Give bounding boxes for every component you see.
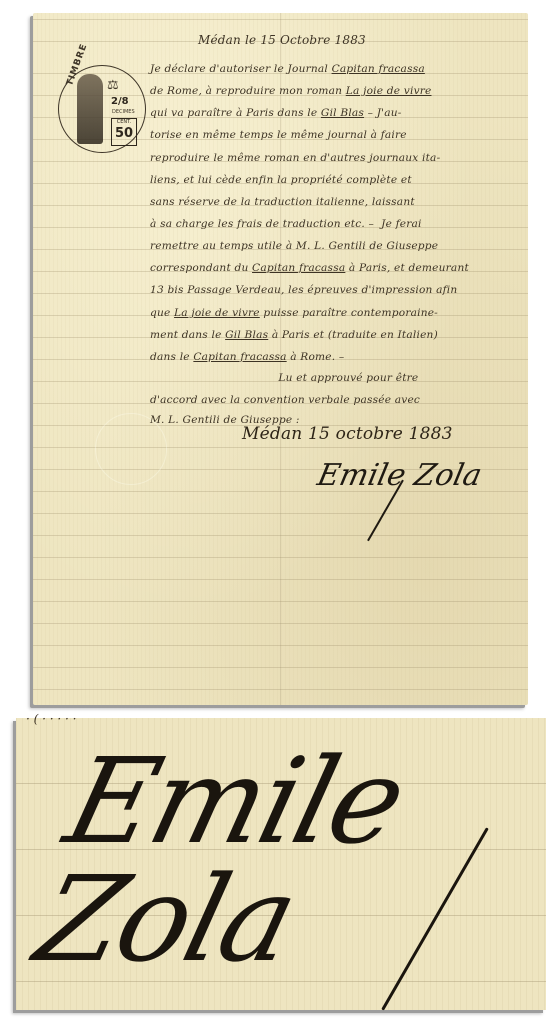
letter-line: liens, et lui cède enfin la propriété co… [150,174,412,186]
letter-line: torise en même temps le même journal à f… [150,129,407,141]
line-text: Lu et approuvé pour être [150,372,418,384]
underlined-title: La joie de vivre [346,85,432,97]
letter-line: sans réserve de la traduction italienne,… [150,196,415,208]
underlined-title: Gil Blas [225,329,268,341]
underlined-title: Gil Blas [321,107,364,119]
letter-line: remettre au temps utile à M. L. Gentili … [150,240,438,252]
stamp-fraction: 2/8 [111,96,129,107]
line-text: – J'au- [364,107,402,119]
stamp-sub: DECIMES [112,109,135,115]
stamp-cent-value: 50 [112,126,136,141]
letter-line: d'accord avec la convention verbale pass… [150,394,420,406]
justice-figure-icon [77,74,103,144]
line-text: à Rome. – [287,351,345,363]
scales-icon: ⚖ [107,78,119,93]
letter-line: qui va paraître à Paris dans le Gil Blas… [150,107,402,119]
letter-line: à sa charge les frais de traduction etc.… [150,218,422,230]
line-text: torise en même temps le même journal à f… [150,129,407,141]
underlined-title: Capitan fracassa [252,262,345,274]
line-text: remettre au temps utile à M. L. Gentili … [150,240,438,252]
closing-date: Médan 15 octobre 1883 [242,424,453,444]
signature: Emile Zola [314,458,485,493]
line-text: qui va paraître à Paris dans le [150,107,321,119]
stamp-cent-label: CENT. [112,119,136,126]
letter-line: 13 bis Passage Verdeau, les épreuves d'i… [150,284,457,296]
line-text: correspondant du [150,262,252,274]
line-text: ment dans le [150,329,225,341]
letter-line: que La joie de vivre puisse paraître con… [150,307,438,319]
line-text: à sa charge les frais de traduction etc.… [150,218,422,230]
line-text: 13 bis Passage Verdeau, les épreuves d'i… [150,284,457,296]
letter-line: reproduire le même roman en d'autres jou… [150,152,440,164]
line-text: liens, et lui cède enfin la propriété co… [150,174,412,186]
line-text: à Paris, et demeurant [345,262,469,274]
line-text: dans le [150,351,193,363]
line-text: de Rome, à reproduire mon roman [150,85,346,97]
line-text: puisse paraître contemporaine- [260,307,438,319]
detail-signature: Emile Zola [27,742,558,978]
letter-line: Je déclare d'autoriser le Journal Capita… [150,63,425,75]
detail-top-text: · ( · · · · · [26,712,76,726]
letter-line: dans le Capitan fracassa à Rome. – [150,351,344,363]
letter-line: ment dans le Gil Blas à Paris et (tradui… [150,329,438,341]
underlined-title: Capitan fracassa [332,63,425,75]
line-text: à Paris et (traduite en Italien) [268,329,438,341]
letter-heading: Médan le 15 Octobre 1883 [198,33,366,47]
line-text: reproduire le même roman en d'autres jou… [150,152,440,164]
letter-line: de Rome, à reproduire mon roman La joie … [150,85,431,97]
tax-stamp: TIMBRE ⚖ 2/8 DECIMES CENT. 50 [58,65,146,153]
line-text: Je déclare d'autoriser le Journal [150,63,332,75]
underlined-title: La joie de vivre [174,307,260,319]
letter-line: Lu et approuvé pour être [150,372,418,384]
letter-line: correspondant du Capitan fracassa à Pari… [150,262,469,274]
stamp-value-box: CENT. 50 [111,118,137,146]
signature-detail-panel: · ( · · · · · Emile Zola [16,718,546,1010]
line-text: sans réserve de la traduction italienne,… [150,196,415,208]
underlined-title: Capitan fracassa [193,351,286,363]
line-text: que [150,307,174,319]
line-text: d'accord avec la convention verbale pass… [150,394,420,406]
